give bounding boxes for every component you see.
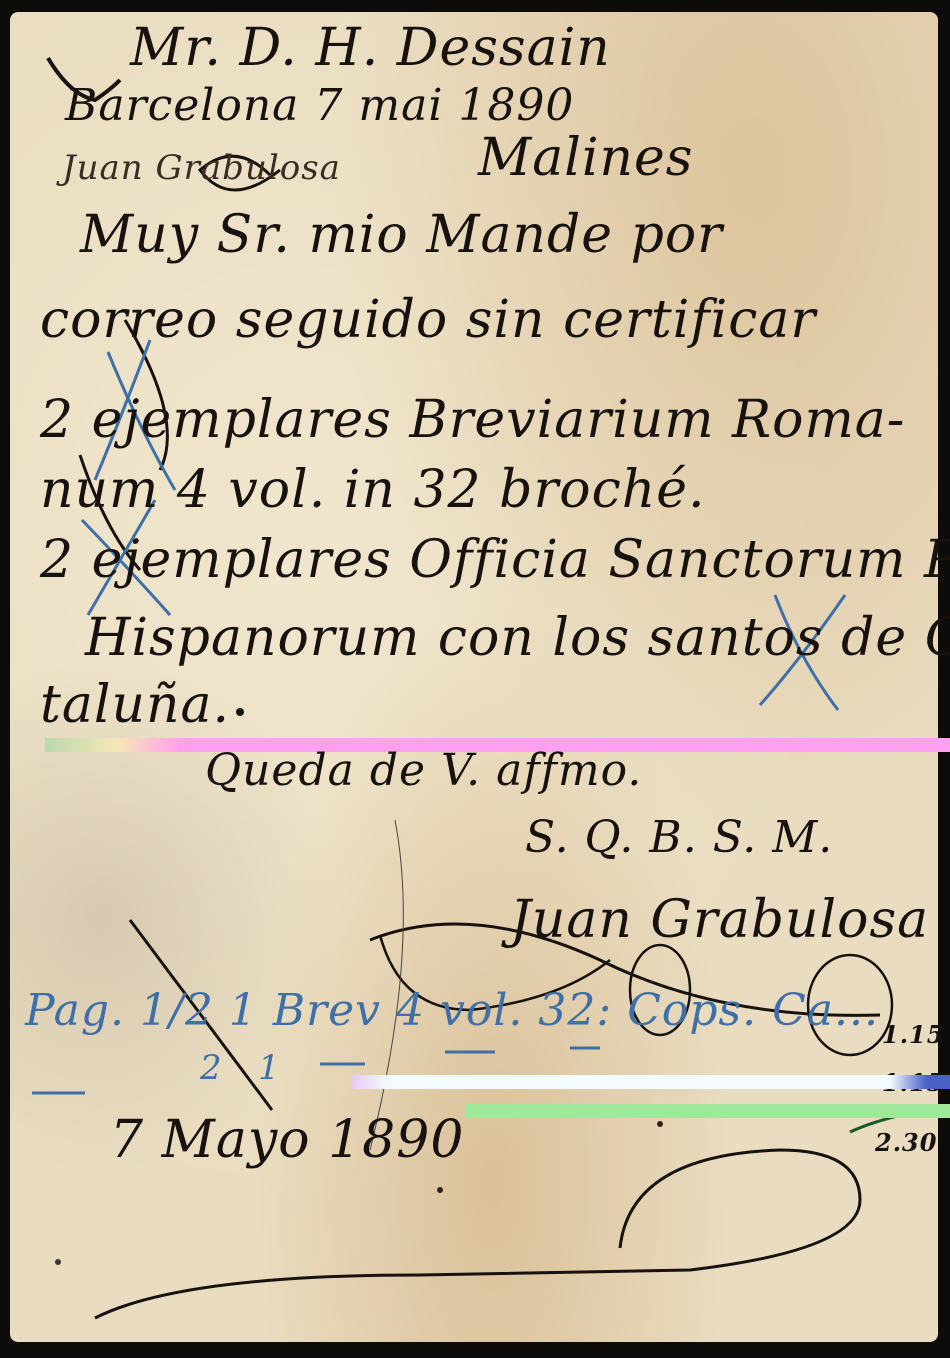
destination-line: Malines <box>478 128 693 188</box>
body-line-2: correo seguido sin certificar <box>40 290 816 350</box>
amount-1: 1.15 <box>882 1020 944 1049</box>
scan-artifact-band <box>352 1075 950 1089</box>
scan-artifact-band <box>465 1104 950 1118</box>
body-line-6: Hispanorum con los santos de Ca- <box>85 608 950 668</box>
body-line-7: taluña. <box>40 675 230 735</box>
body-line-5: 2 ejemplares Officia Sanctorum Pat... <box>40 530 950 590</box>
addressee-line: Mr. D. H. Dessain <box>130 18 611 78</box>
footer-date: 7 Mayo 1890 <box>110 1110 464 1170</box>
blue-annotation-note: Pag. 1/2 1 Brev 4 vol. 32: Cops. Ca... <box>25 985 879 1036</box>
body-line-3: 2 ejemplares Breviarium Roma- <box>40 390 905 450</box>
blue-fraction-denominator: 2 <box>200 1048 223 1088</box>
body-line-4: num 4 vol. in 32 broché. <box>40 460 706 520</box>
body-line-1: Muy Sr. mio Mande por <box>80 205 723 265</box>
signature: Juan Grabulosa <box>510 890 929 950</box>
sender-stamp: Juan Grabulosa <box>62 148 341 188</box>
blue-tally: 1 <box>258 1048 281 1088</box>
place-date-line: Barcelona 7 mai 1890 <box>65 80 574 131</box>
closing-line-2: S. Q. B. S. M. <box>525 812 833 863</box>
amount-total: 2.30 <box>875 1128 937 1157</box>
closing-line-1: Queda de V. affmo. <box>205 745 642 796</box>
